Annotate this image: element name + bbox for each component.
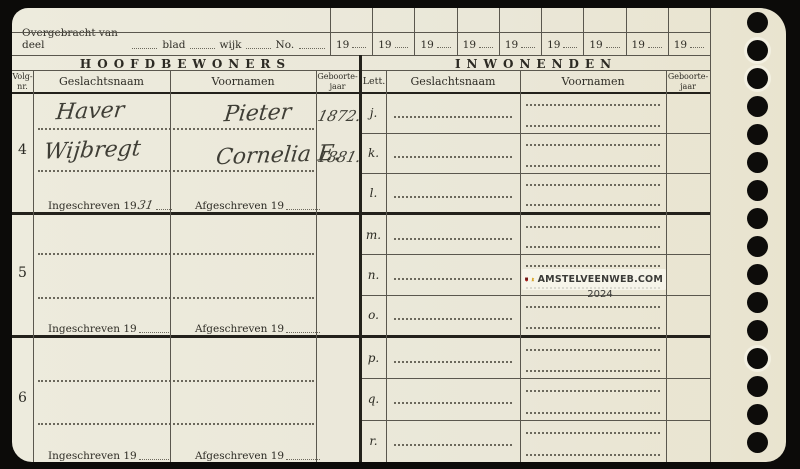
dotted-writing-line <box>394 156 512 158</box>
year-cell: 19 <box>330 33 372 55</box>
punch-hole <box>747 68 768 89</box>
wijk-label: wijk <box>220 39 242 51</box>
empty-cell <box>414 8 456 33</box>
geboortejaar-header-line1: Geboorte- <box>317 72 357 81</box>
dotted-blank <box>286 459 320 460</box>
table-line <box>362 133 710 134</box>
dotted-blank <box>246 48 270 49</box>
dotted-writing-line <box>394 238 512 240</box>
handwritten-surname: Haver <box>55 98 126 125</box>
geboortejaar-header-line2: jaar <box>330 82 346 91</box>
letter-label: n. <box>362 268 385 282</box>
punch-hole <box>747 236 768 257</box>
empty-cell <box>499 8 541 33</box>
dotted-writing-line <box>526 104 660 106</box>
dotted-writing-line <box>526 349 660 351</box>
dotted-writing-line <box>526 454 660 456</box>
hoofdbewoner-block-5: 5 Ingeschreven 19 Afgeschreven 19 <box>12 215 359 335</box>
volgnr-value: 6 <box>12 390 33 406</box>
dotted-writing-line <box>526 144 660 146</box>
dotted-writing-line <box>526 306 660 308</box>
year-cell: 19 <box>414 33 456 55</box>
year-label: 19 <box>505 39 518 51</box>
year-cell: 19 <box>457 33 499 55</box>
dotted-blank <box>479 47 493 48</box>
ingeschreven-label: Ingeschreven 19 <box>48 200 137 212</box>
top-empty-row <box>330 8 710 33</box>
inwonende-row-m: m. <box>362 215 710 254</box>
dotted-blank <box>352 47 366 48</box>
dotted-blank <box>690 47 704 48</box>
table-line <box>362 173 710 174</box>
voornamen-header-right: Voornamen <box>520 71 666 92</box>
year-cell: 19 <box>372 33 414 55</box>
year-label: 19 <box>336 39 349 51</box>
lett-header: Lett. <box>362 71 386 92</box>
geboortejaar-header-right: Geboorte- jaar <box>666 71 710 92</box>
letter-label: l. <box>362 186 385 200</box>
punch-hole <box>747 12 768 33</box>
empty-cell <box>541 8 583 33</box>
watermark-year: 2024 <box>580 289 620 300</box>
afgeschreven-field: Afgeschreven 19 <box>195 450 320 462</box>
dotted-writing-line <box>394 444 512 446</box>
dotted-writing-line <box>38 128 314 130</box>
watermark-row: AMSTELVEENWEB.COM <box>522 269 666 290</box>
geslachtsnaam-header-left: Geslachtsnaam <box>33 71 170 92</box>
inwonende-row-j: j. <box>362 93 710 133</box>
dotted-blank <box>521 47 535 48</box>
dotted-writing-line <box>526 265 660 267</box>
dotted-blank <box>299 48 325 49</box>
geboortejaar-header-line1: Geboorte- <box>668 72 708 81</box>
dotted-blank <box>190 48 214 49</box>
ingeschreven-field: Ingeschreven 19 <box>48 450 169 462</box>
table-line <box>520 70 521 462</box>
dotted-blank <box>139 332 169 333</box>
table-line <box>316 70 317 462</box>
punch-hole <box>747 292 768 313</box>
punch-hole <box>747 152 768 173</box>
empty-cell <box>668 8 710 33</box>
lion-icon <box>531 270 534 289</box>
table-line <box>33 70 34 462</box>
overgebracht-label: Overgebracht van deel <box>22 27 127 51</box>
dotted-blank <box>395 47 409 48</box>
watermark: AMSTELVEENWEB.COM 2024 <box>522 269 666 300</box>
table-line <box>666 70 667 462</box>
table-line <box>12 32 710 33</box>
punch-hole <box>747 320 768 341</box>
dotted-blank <box>286 209 320 210</box>
dotted-writing-line <box>526 412 660 414</box>
dotted-writing-line <box>394 361 512 363</box>
dotted-writing-line <box>38 170 314 172</box>
ingeschreven-label: Ingeschreven 19 <box>48 450 137 462</box>
no-label: No. <box>276 39 295 51</box>
punch-hole <box>747 432 768 453</box>
dotted-writing-line <box>38 297 314 299</box>
ingeschreven-field: Ingeschreven 1931 <box>48 198 172 212</box>
year-label: 19 <box>420 39 433 51</box>
dotted-blank <box>648 47 662 48</box>
table-line <box>362 420 710 421</box>
letter-label: k. <box>362 146 385 160</box>
year-label: 19 <box>547 39 560 51</box>
dotted-writing-line <box>526 246 660 248</box>
volgnr-header-line1: Volg- <box>12 72 32 81</box>
population-register-card: Overgebracht van deel blad wijk No. 19 1… <box>12 8 786 462</box>
hoofdbewoner-block-6: 6 Ingeschreven 19 Afgeschreven 19 <box>12 338 359 462</box>
punch-hole <box>747 124 768 145</box>
volgnr-value: 4 <box>12 142 33 158</box>
year-cell: 19 <box>626 33 668 55</box>
transfer-row: Overgebracht van deel blad wijk No. <box>12 33 330 55</box>
dotted-writing-line <box>526 432 660 434</box>
dotted-writing-line <box>38 380 314 382</box>
empty-cell <box>583 8 625 33</box>
dotted-writing-line <box>394 196 512 198</box>
dotted-writing-line <box>38 253 314 255</box>
handwritten-year-entry: 31 <box>136 198 154 212</box>
dotted-writing-line <box>526 370 660 372</box>
ingeschreven-field: Ingeschreven 19 <box>48 323 169 335</box>
year-label: 19 <box>674 39 687 51</box>
afgeschreven-field: Afgeschreven 19 <box>195 323 320 335</box>
inwonenden-title: INWONENDEN <box>362 57 710 71</box>
year-label: 19 <box>463 39 476 51</box>
amstelveen-shield-icon <box>525 271 528 288</box>
hoofdbewoners-title: HOOFDBEWONERS <box>12 57 359 71</box>
year-label: 19 <box>378 39 391 51</box>
geslachtsnaam-header-right: Geslachtsnaam <box>386 71 520 92</box>
year-label: 19 <box>632 39 645 51</box>
geboortejaar-header-left: Geboorte- jaar <box>316 71 359 92</box>
table-line <box>170 70 171 462</box>
voornamen-header-left: Voornamen <box>170 71 316 92</box>
dotted-writing-line <box>394 116 512 118</box>
empty-cell <box>330 8 372 33</box>
volgnr-value: 5 <box>12 265 33 281</box>
volgnr-header: Volg- nr. <box>12 71 33 92</box>
table-line <box>362 378 710 379</box>
inwonende-row-l: l. <box>362 173 710 212</box>
dotted-writing-line <box>526 226 660 228</box>
inwonende-row-r: r. <box>362 420 710 462</box>
dotted-writing-line <box>526 184 660 186</box>
empty-cell <box>457 8 499 33</box>
dotted-blank <box>132 48 158 49</box>
afgeschreven-field: Afgeschreven 19 <box>195 200 320 212</box>
ingeschreven-label: Ingeschreven 19 <box>48 323 137 335</box>
year-cell: 19 <box>583 33 625 55</box>
dotted-writing-line <box>38 423 314 425</box>
dotted-blank <box>139 459 169 460</box>
table-line <box>362 254 710 255</box>
punch-hole <box>747 376 768 397</box>
inwonende-row-o: o. <box>362 295 710 335</box>
dotted-writing-line <box>526 165 660 167</box>
dotted-blank <box>286 332 320 333</box>
handwritten-firstname: Pieter <box>223 100 293 127</box>
year-cell: 19 <box>499 33 541 55</box>
handwritten-birthyear: 1881. <box>316 148 363 166</box>
hoofdbewoner-block-4: 4 Haver Pieter 1872. Wijbregt Cornelia E… <box>12 94 359 212</box>
watermark-site-text: AMSTELVEENWEB.COM <box>538 274 663 285</box>
dotted-writing-line <box>394 402 512 404</box>
inwonende-row-p: p. <box>362 338 710 378</box>
dotted-writing-line <box>526 125 660 127</box>
dotted-writing-line <box>526 327 660 329</box>
dotted-writing-line <box>526 390 660 392</box>
punch-hole <box>747 180 768 201</box>
geboortejaar-header-line2: jaar <box>680 82 696 91</box>
letter-label: m. <box>362 228 385 242</box>
dotted-writing-line <box>394 318 512 320</box>
year-cell: 19 <box>668 33 710 55</box>
punch-hole <box>747 264 768 285</box>
inwonende-row-q: q. <box>362 378 710 420</box>
dotted-blank <box>437 47 451 48</box>
inwonende-row-k: k. <box>362 133 710 173</box>
blad-label: blad <box>162 39 185 51</box>
punch-hole <box>747 348 768 369</box>
volgnr-header-line2: nr. <box>17 82 28 91</box>
letter-label: q. <box>362 392 385 406</box>
dotted-writing-line <box>394 278 512 280</box>
letter-label: p. <box>362 351 385 365</box>
year-cells-row: 19 19 19 19 19 19 19 19 19 <box>330 33 710 55</box>
dotted-blank <box>563 47 577 48</box>
handwritten-surname: Wijbregt <box>43 136 142 164</box>
punch-hole <box>747 208 768 229</box>
table-line <box>710 8 711 462</box>
letter-label: j. <box>362 106 385 120</box>
dotted-writing-line <box>526 204 660 206</box>
year-label: 19 <box>589 39 602 51</box>
afgeschreven-label: Afgeschreven 19 <box>195 200 284 212</box>
letter-label: o. <box>362 308 385 322</box>
scanned-register-page: Overgebracht van deel blad wijk No. 19 1… <box>0 0 800 469</box>
punch-hole <box>747 40 768 61</box>
afgeschreven-label: Afgeschreven 19 <box>195 450 284 462</box>
dotted-blank <box>606 47 620 48</box>
empty-cell <box>372 8 414 33</box>
section-divider <box>359 55 362 462</box>
punch-hole <box>747 404 768 425</box>
empty-cell <box>626 8 668 33</box>
handwritten-birthyear: 1872. <box>316 107 363 125</box>
table-line <box>386 70 387 462</box>
punch-hole <box>747 96 768 117</box>
letter-label: r. <box>362 434 385 448</box>
year-cell: 19 <box>541 33 583 55</box>
afgeschreven-label: Afgeschreven 19 <box>195 323 284 335</box>
